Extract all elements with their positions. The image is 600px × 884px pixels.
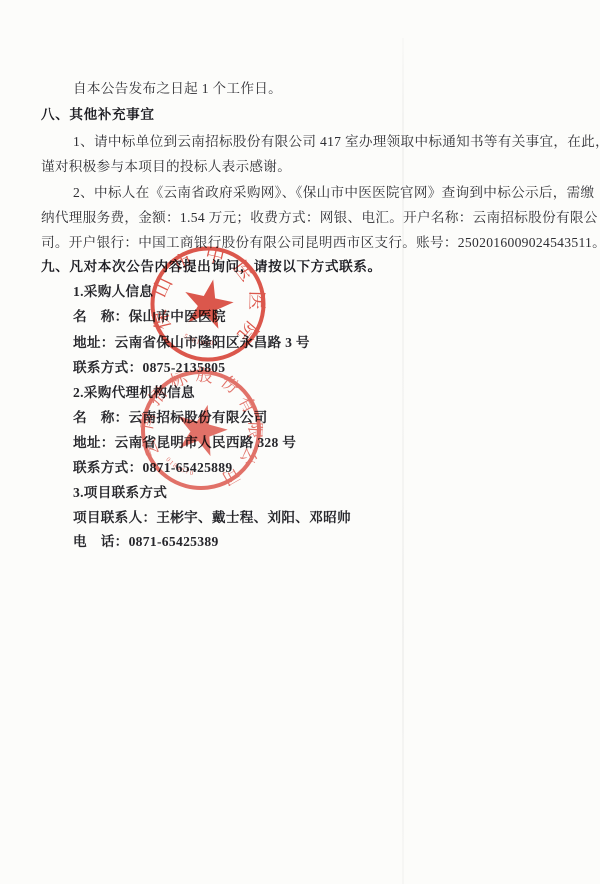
purchaser-contact: 联系方式：0875-2135805 xyxy=(73,359,225,377)
item2-line3: 司。开户银行：中国工商银行股份有限公司昆明西市区支行。账号：2502016009… xyxy=(41,234,600,252)
item1-line2: 谨对积极参与本项目的投标人表示感谢。 xyxy=(41,158,291,176)
agency-address: 地址：云南省昆明市人民西路 328 号 xyxy=(73,434,296,452)
project-contact-phone: 电 话：0871-65425389 xyxy=(73,533,219,551)
project-contact-heading: 3.项目联系方式 xyxy=(73,484,167,502)
item1-line1: 1、请中标单位到云南招标股份有限公司 417 室办理领取中标通知书等有关事宜，在… xyxy=(73,133,600,151)
purchaser-address: 地址：云南省保山市隆阳区永昌路 3 号 xyxy=(73,334,310,352)
purchaser-name: 名 称：保山市中医医院 xyxy=(73,308,226,326)
agency-contact: 联系方式：0871-65425889 xyxy=(73,459,232,477)
section-eight-heading: 八、其他补充事宜 xyxy=(41,106,155,124)
document-page: 自本公告发布之日起 1 个工作日。 八、其他补充事宜 1、请中标单位到云南招标股… xyxy=(0,0,600,884)
item2-line2: 纳代理服务费，金额：1.54 万元；收费方式：网银、电汇。开户名称：云南招标股份… xyxy=(41,209,598,227)
section-nine-heading: 九、凡对本次公告内容提出询问，请按以下方式联系。 xyxy=(41,258,382,276)
agency-info-heading: 2.采购代理机构信息 xyxy=(73,384,195,402)
item2-line1: 2、中标人在《云南省政府采购网》、《保山市中医医院官网》查询到中标公示后，需缴 xyxy=(73,184,594,202)
scan-fold-line xyxy=(402,38,404,884)
agency-stamp-ring xyxy=(130,359,272,501)
notice-period-line: 自本公告发布之日起 1 个工作日。 xyxy=(73,80,282,98)
project-contact-persons: 项目联系人：王彬宇、戴士程、刘阳、邓昭帅 xyxy=(73,509,351,527)
purchaser-info-heading: 1.采购人信息 xyxy=(73,283,153,301)
agency-name: 名 称：云南招标股份有限公司 xyxy=(73,409,268,427)
